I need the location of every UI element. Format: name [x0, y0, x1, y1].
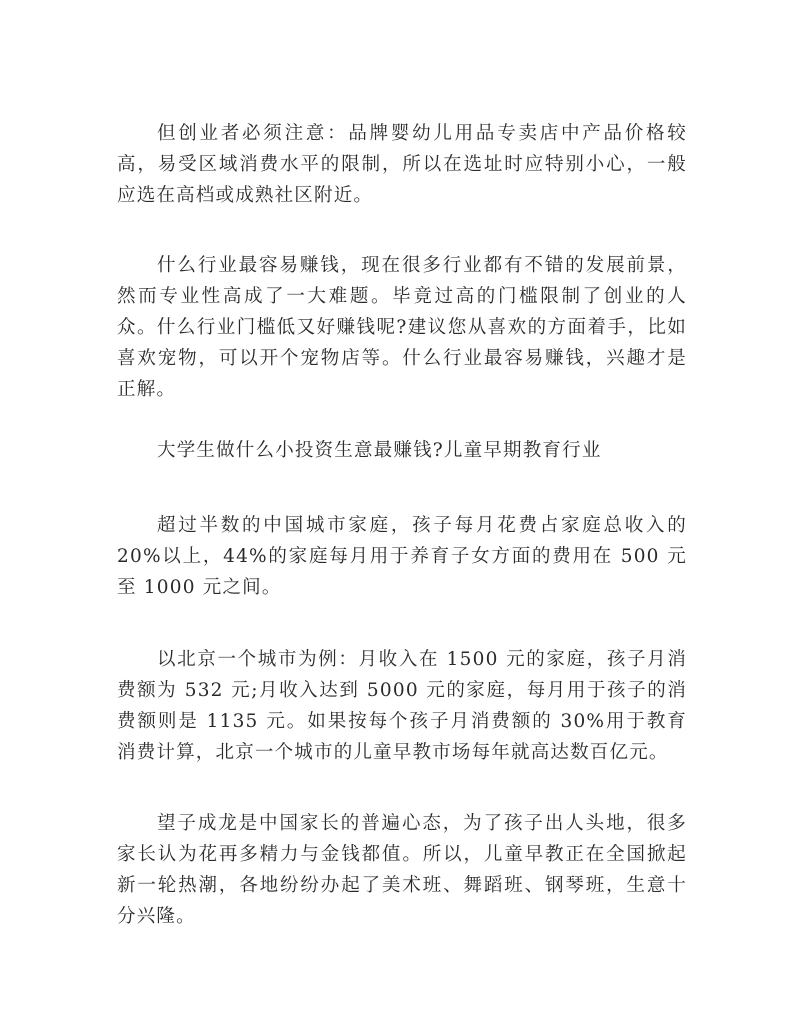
- paragraph-store-location-caution: 但创业者必须注意：品牌婴幼儿用品专卖店中产品价格较高，易受区域消费水平的限制，所…: [117, 118, 687, 211]
- paragraph-parent-mindset: 望子成龙是中国家长的普遍心态，为了孩子出人头地，很多家长认为花再多精力与金钱都值…: [117, 808, 687, 932]
- section-heading-early-education: 大学生做什么小投资生意最赚钱?儿童早期教育行业: [117, 435, 687, 466]
- paragraph-easy-money-industry: 什么行业最容易赚钱，现在很多行业都有不错的发展前景，然而专业性高成了一大难题。毕…: [117, 250, 687, 405]
- paragraph-household-spending: 超过半数的中国城市家庭，孩子每月花费占家庭总收入的 20%以上，44%的家庭每月…: [117, 510, 687, 603]
- paragraph-beijing-example: 以北京一个城市为例：月收入在 1500 元的家庭，孩子月消费额为 532 元;月…: [117, 644, 687, 768]
